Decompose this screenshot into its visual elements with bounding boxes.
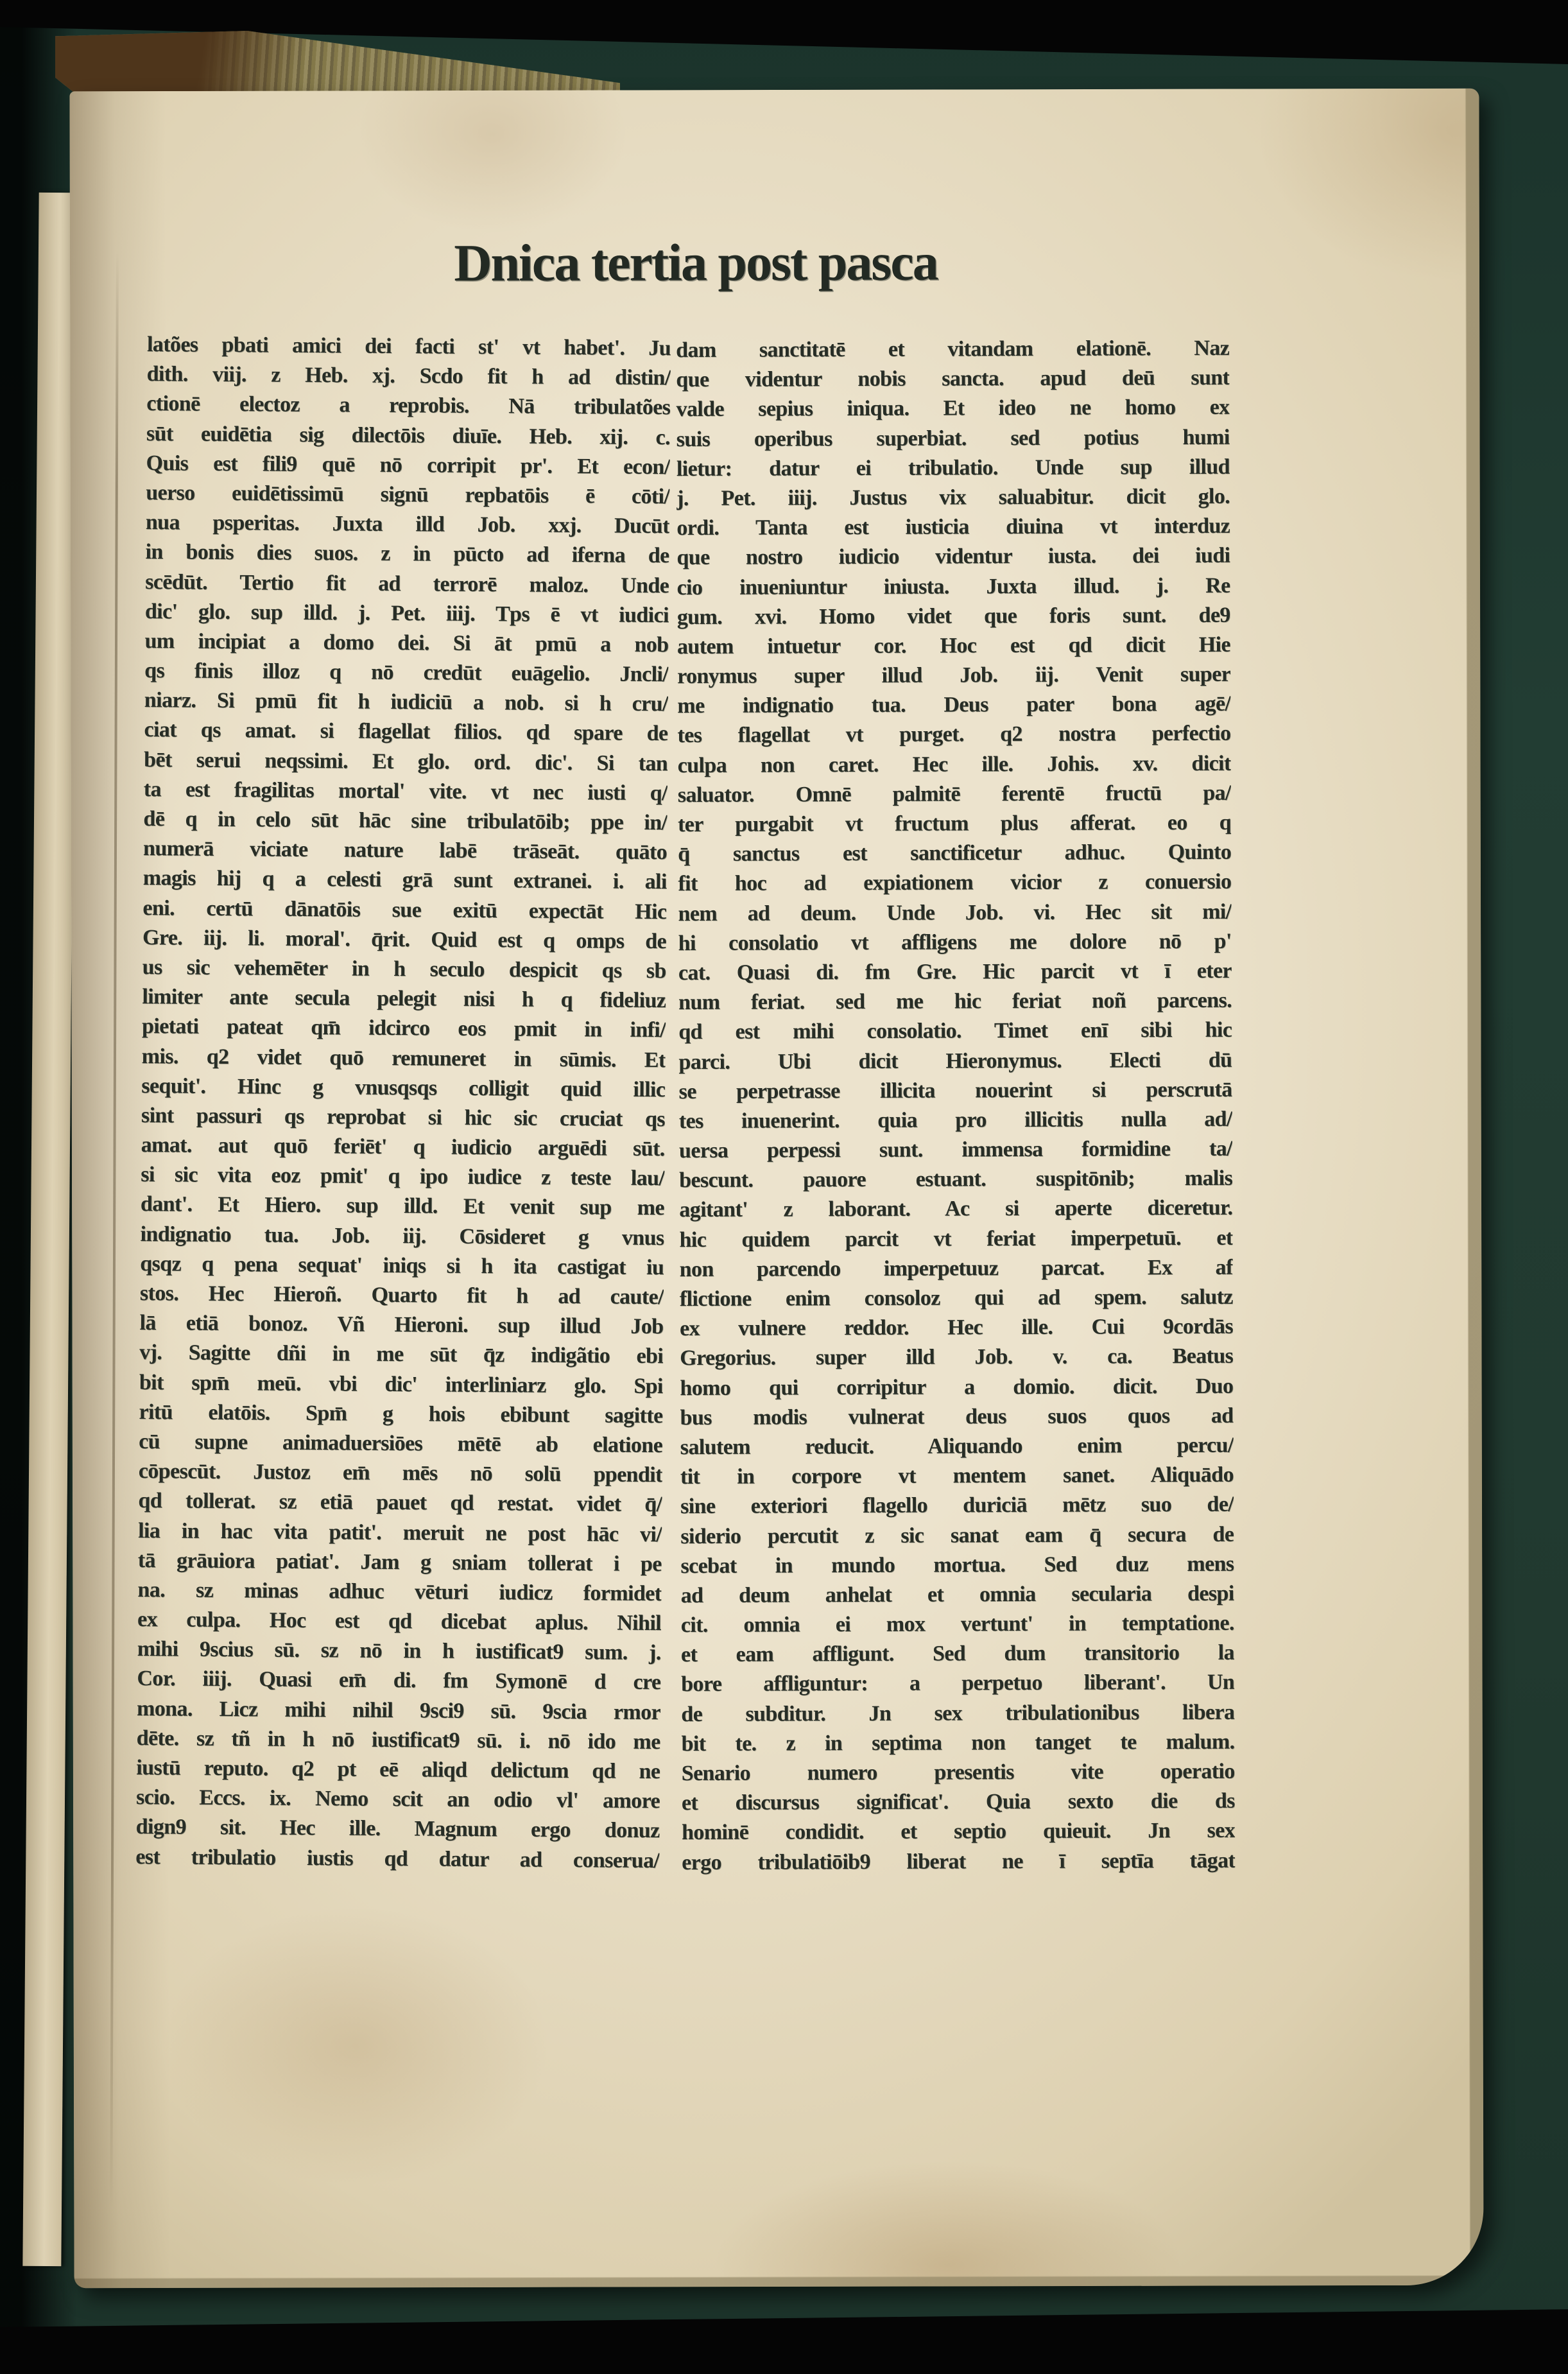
- text-line: num feriat. sed me hic feriat noñ parcen…: [678, 986, 1232, 1018]
- text-line: agitant' z laborant. Ac si aperte dicere…: [679, 1193, 1232, 1225]
- text-line: lā etiā bonoz. Vñ Hieroni. sup illud Job: [139, 1308, 663, 1342]
- text-line: ergo tribulatiōib9 liberat ne ī septīa t…: [682, 1846, 1235, 1877]
- text-line: Senario numero presentis vite operatio: [682, 1757, 1235, 1789]
- text-column-left: latões pbati amici dei facti st' vt habe…: [135, 330, 671, 1876]
- text-line: saluator. Omnē palmitē ferentē fructū pa…: [678, 779, 1231, 810]
- text-line: pietati pateat qm̄ idcirco eos pmit in i…: [142, 1012, 666, 1045]
- text-line: ordi. Tanta est iusticia diuina vt inter…: [676, 512, 1230, 543]
- text-line: niarz. Si pmū fit h iudiciū a nob. si h …: [144, 686, 668, 719]
- text-line: nem ad deum. Unde Job. vi. Hec sit mi/: [678, 897, 1231, 928]
- text-line: nua psperitas. Juxta illd Job. xxj. Ducū…: [146, 508, 669, 541]
- text-line: bore affliguntur: a perpetuo liberant'. …: [681, 1668, 1234, 1699]
- text-line: hic quidem parcit vt feriat imperpetuū. …: [679, 1223, 1232, 1254]
- text-line: qs finis illoz q nō credūt euāgelio. Jnc…: [144, 656, 668, 689]
- text-line: tā grāuiora patiat'. Jam g sniam tollera…: [138, 1546, 662, 1579]
- text-line: j. Pet. iiij. Justus vix saluabitur. dic…: [676, 482, 1230, 514]
- text-line: cio inueniuntur iniusta. Juxta illud. j.…: [677, 571, 1230, 602]
- text-line: indignatio tua. Job. iij. Cōsideret g vn…: [140, 1220, 664, 1253]
- text-line: qd tollerat. sz etiā pauet qd restat. vi…: [138, 1486, 662, 1520]
- text-line: valde sepius iniqua. Et ideo ne homo ex: [676, 393, 1229, 424]
- text-line: bēt serui neqssimi. Et glo. ord. dic'. S…: [144, 745, 668, 779]
- text-line: que nostro iudicio videntur iusta. dei i…: [676, 541, 1230, 573]
- text-line: parci. Ubi dicit Hieronymus. Electi dū: [678, 1045, 1232, 1077]
- text-line: de subditur. Jn sex tribulationibus libe…: [681, 1697, 1234, 1729]
- text-line: limiter ante secula pelegit nisi h q fid…: [142, 982, 666, 1016]
- text-line: bit spm̄ meū. vbi dic' interliniarz glo.…: [139, 1368, 663, 1401]
- text-column-right: dam sanctitatē et vitandam elationē. Naz…: [676, 334, 1235, 1878]
- text-line: scio. Eccs. ix. Nemo scit an odio vl' am…: [136, 1783, 660, 1816]
- text-line: ciat qs amat. si flagellat filios. qd sp…: [144, 715, 668, 749]
- text-line: magis hij q a celesti grā sunt extranei.…: [143, 863, 667, 897]
- text-line: numerā viciate nature labē trāseāt. quāt…: [143, 834, 667, 867]
- text-line: gum. xvi. Homo videt que foris sunt. de9: [677, 600, 1230, 632]
- text-line: culpa non caret. Hec ille. Johis. xv. di…: [678, 749, 1231, 780]
- text-line: salutem reducit. Aliquando enim percu/: [680, 1431, 1234, 1462]
- text-line: uerso euidētissimū signū repbatōis ē cōt…: [146, 478, 669, 512]
- text-line: vj. Sagitte dñi in me sūt q̄z indigãtio …: [139, 1338, 663, 1371]
- text-line: cit. omnia ei mox vertunt' in temptation…: [681, 1609, 1234, 1640]
- text-line: autem intuetur cor. Hoc est qd dicit Hie: [677, 630, 1230, 662]
- text-line: lietur: datur ei tribulatio. Unde sup il…: [676, 453, 1230, 484]
- text-line: siderio percutit z sic sanat eam q̄ secu…: [680, 1520, 1234, 1551]
- text-line: fit hoc ad expiationem vicior z conuersi…: [678, 867, 1231, 899]
- text-line: lia in hac vita patit'. meruit ne post h…: [138, 1516, 662, 1549]
- text-line: us sic vehemēter in h seculo despicit qs…: [142, 953, 666, 986]
- text-line: que videntur nobis sancta. apud deū sunt: [676, 363, 1229, 395]
- text-line: Gre. iij. li. moral'. q̄rit. Quid est q …: [142, 923, 666, 957]
- text-line: Quis est fili9 quē nō corripit pr'. Et e…: [146, 449, 669, 482]
- text-line: mis. q2 videt quō remuneret in sūmis. Et: [142, 1042, 666, 1075]
- text-line: et eam affligunt. Sed dum transitorio la: [681, 1638, 1234, 1670]
- text-line: me indignatio tua. Deus pater bona agē/: [677, 689, 1230, 721]
- text-line: hi consolatio vt affligens me dolore nō …: [678, 927, 1232, 958]
- text-line: eni. certū dānatōis sue exitū expectāt H…: [142, 894, 666, 927]
- text-line: suis operibus superbiat. sed potius humi: [676, 422, 1230, 454]
- page-header-title: Dnica tertia post pasca: [346, 232, 1046, 310]
- text-line: flictione enim consoloz qui ad spem. sal…: [680, 1283, 1233, 1314]
- text-line: sint passuri qs reprobat si hic sic cruc…: [141, 1101, 665, 1134]
- text-line: dant'. Et Hiero. sup illd. Et venit sup …: [141, 1190, 664, 1223]
- text-line: dē q in celo sūt hāc sine tribulatōib; p…: [143, 804, 667, 838]
- text-line: latões pbati amici dei facti st' vt habe…: [147, 330, 671, 363]
- text-line: um incipiat a domo dei. Si āt pmū a nob: [144, 627, 668, 660]
- text-line: et discursus significat'. Quia sexto die…: [682, 1787, 1235, 1818]
- text-line: cat. Quasi di. fm Gre. Hic parcit vt ī e…: [678, 957, 1232, 988]
- text-line: qsqz q pena sequat' iniqs si h ita casti…: [140, 1249, 664, 1283]
- text-line: dam sanctitatē et vitandam elationē. Naz: [676, 334, 1229, 365]
- text-line: homo qui corripitur a domio. dicit. Duo: [680, 1371, 1233, 1403]
- book-page: Dnica tertia post pasca latões pbati ami…: [69, 89, 1483, 2289]
- text-line: si sic vita eoz pmit' q ipo iudice z tes…: [141, 1160, 664, 1193]
- text-line: bescunt. pauore estuant. suspitōnib; mal…: [679, 1164, 1232, 1195]
- text-line: amat. aut quō feriēt' q iudicio arguēdi …: [141, 1131, 664, 1164]
- gutter-crease: [110, 252, 119, 2210]
- text-line: qd est mihi consolatio. Timet enī sibi h…: [678, 1016, 1232, 1047]
- text-line: ad deum anhelat et omnia secularia despi: [681, 1579, 1234, 1611]
- text-line: hominē condidit. et septio quieuit. Jn s…: [682, 1816, 1235, 1848]
- text-line: uersa perpessi sunt. immensa formidine t…: [679, 1134, 1232, 1166]
- text-line: na. sz minas adhuc vēturi iudicz formide…: [137, 1575, 661, 1609]
- text-line: se perpetrasse illicita nouerint si pers…: [679, 1075, 1232, 1106]
- text-line: ta est fragilitas mortal' vite. vt nec i…: [144, 775, 668, 808]
- text-line: stos. Hec Hieroñ. Quarto fit h ad caute/: [140, 1279, 664, 1312]
- text-line: mihi 9scius sū. sz nō in h iustificat9 s…: [137, 1634, 661, 1668]
- text-line: tes flagellat vt purget. q2 nostra perfe…: [677, 719, 1230, 750]
- text-line: Gregorius. super illd Job. v. ca. Beatus: [680, 1342, 1233, 1373]
- text-line: ronymus super illud Job. iij. Venit supe…: [677, 660, 1230, 691]
- text-line: cū supne animaduersiōes mētē ab elatione: [139, 1427, 662, 1460]
- text-line: dign9 sit. Hec ille. Magnum ergo donuz: [136, 1812, 660, 1846]
- text-line: est tribulatio iustis qd datur ad conser…: [135, 1842, 659, 1876]
- text-line: sine exteriori flagello duriciā mētz suo…: [680, 1490, 1234, 1521]
- text-line: in bonis dies suos. z in pūcto ad iferna…: [145, 537, 669, 571]
- text-line: ctionē electoz a reprobis. Nā tribulatõe…: [146, 389, 670, 422]
- text-line: mona. Licz mihi nihil 9sci9 sū. 9scia rm…: [137, 1694, 660, 1728]
- text-line: dic' glo. sup illd. j. Pet. iiij. Tps ē …: [145, 597, 669, 630]
- text-line: cōpescūt. Justoz em̄ mēs nō solū ppendit: [139, 1457, 662, 1490]
- text-line: non parcendo imperpetuuz parcat. Ex af: [680, 1253, 1233, 1285]
- text-line: dēte. sz tñ in h nō iustificat9 sū. i. n…: [137, 1724, 660, 1757]
- text-line: bit te. z in septima non tanget te malum…: [681, 1728, 1234, 1759]
- scanned-book-photo: Dnica tertia post pasca latões pbati ami…: [0, 0, 1568, 2374]
- text-line: dith. viij. z Heb. xj. Scdo fit h ad dis…: [147, 360, 671, 393]
- text-line: iustū reputo. q2 pt eē aliqd delictum qd…: [136, 1753, 660, 1787]
- text-line: tit in corpore vt mentem sanet. Aliquādo: [680, 1460, 1234, 1492]
- text-line: scebat in mundo mortua. Sed duz mens: [680, 1549, 1234, 1581]
- text-line: ex culpa. Hoc est qd dicebat aplus. Nihi…: [137, 1605, 661, 1638]
- text-line: bus modis vulnerat deus suos quos ad: [680, 1401, 1234, 1433]
- text-line: scēdūt. Tertio fit ad terrorē maloz. Und…: [145, 568, 669, 601]
- text-line: ter purgabit vt fructum plus afferat. eo…: [678, 808, 1231, 840]
- text-line: sequit'. Hinc g vnusqsqs colligit quid i…: [141, 1071, 665, 1105]
- text-line: q̄ sanctus est sanctificetur adhuc. Quin…: [678, 838, 1231, 869]
- text-line: tes inuenerint. quia pro illicitis nulla…: [679, 1105, 1232, 1136]
- text-line: ex vulnere reddor. Hec ille. Cui 9cordās: [680, 1312, 1233, 1344]
- text-line: sūt euidētia sig dilectōis diuīe. Heb. x…: [146, 419, 670, 453]
- text-line: Cor. iiij. Quasi em̄ di. fm Symonē d cre: [137, 1664, 660, 1697]
- text-line: ritū elatōis. Spm̄ g hois ebibunt sagitt…: [139, 1398, 662, 1431]
